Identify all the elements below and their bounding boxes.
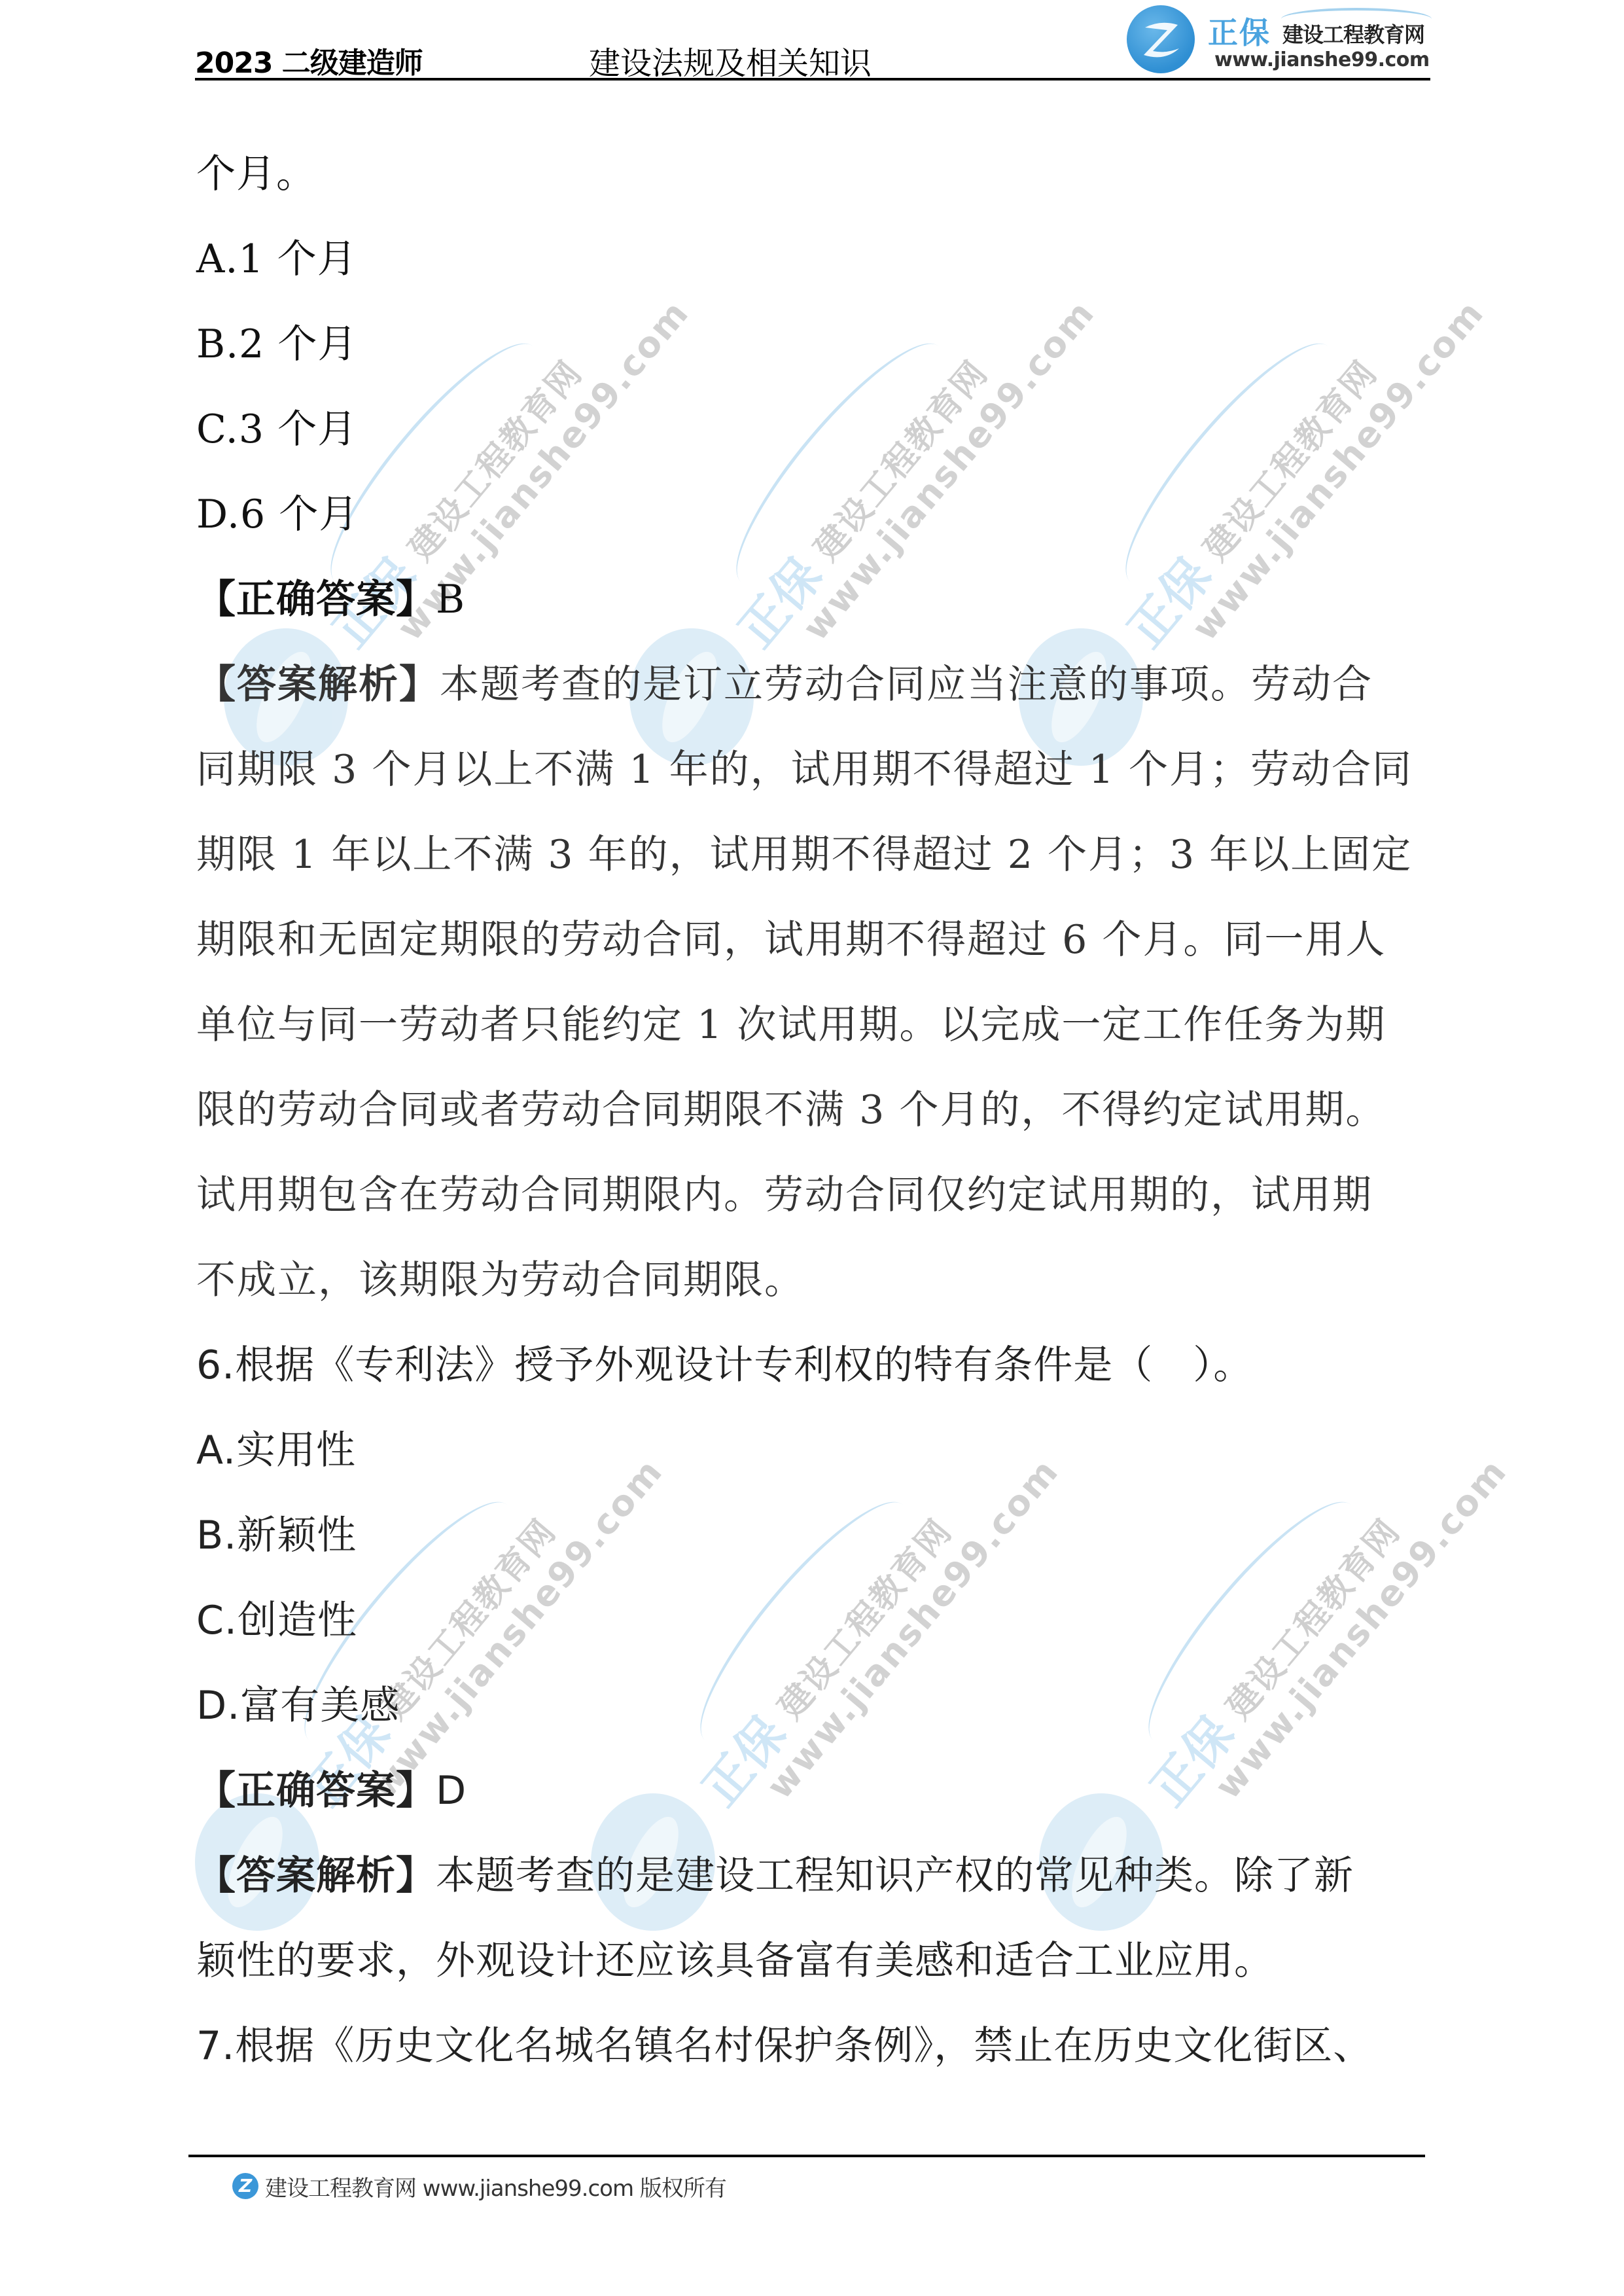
question-5-option-a: A.1 个月 xyxy=(196,228,1433,313)
header-divider xyxy=(195,78,1430,81)
question-5-option-c: C.3 个月 xyxy=(196,398,1433,483)
answer-label: 【正确答案】 xyxy=(196,577,436,622)
subject-title: 建设法规及相关知识 xyxy=(589,38,872,83)
exam-title: 2023 二级建造师 xyxy=(195,39,423,81)
zhengbao-z-logo-icon xyxy=(1127,5,1195,73)
question-5-explanation-line: 限的劳动合同或者劳动合同期限不满 3 个月的，不得约定试用期。 xyxy=(196,1079,1433,1164)
question-5-explanation-line: 【答案解析】本题考查的是订立劳动合同应当注意的事项。劳动合 xyxy=(196,653,1433,738)
question-6-explanation-line: 【答案解析】本题考查的是建设工程知识产权的常见种类。除了新 xyxy=(196,1844,1433,1929)
explanation-label: 【答案解析】 xyxy=(196,662,440,708)
document-body: 个月。 A.1 个月 B.2 个月 C.3 个月 D.6 个月 【正确答案】B … xyxy=(196,143,1433,2100)
explanation-label: 【答案解析】 xyxy=(196,1853,436,1899)
question-5-explanation-line: 期限和无固定期限的劳动合同，试用期不得超过 6 个月。同一用人 xyxy=(196,908,1433,994)
question-6-explanation-line: 颖性的要求，外观设计还应该具备富有美感和适合工业应用。 xyxy=(196,1929,1433,2015)
logo-name: 建设工程教育网 xyxy=(1282,18,1424,48)
question-6-option-a: A.实用性 xyxy=(196,1419,1433,1504)
question-5-explanation-line: 不成立，该期限为劳动合同期限。 xyxy=(196,1249,1433,1334)
question-7-stem: 7.根据《历史文化名城名镇名村保护条例》，禁止在历史文化街区、 xyxy=(196,2015,1433,2100)
logo-brand: 正保 xyxy=(1208,9,1271,52)
question-5-option-d: D.6 个月 xyxy=(196,483,1433,568)
logo-url: www.jianshe99.com xyxy=(1214,48,1430,71)
question-5-explanation-line: 期限 1 年以上不满 3 年的，试用期不得超过 2 个月；3 年以上固定 xyxy=(196,823,1433,908)
question-5-stem-tail: 个月。 xyxy=(196,143,1433,228)
answer-value: D xyxy=(436,1768,467,1814)
question-6-option-c: C.创造性 xyxy=(196,1589,1433,1674)
footer-text: 建设工程教育网 www.jianshe99.com 版权所有 xyxy=(265,2170,726,2202)
answer-label: 【正确答案】 xyxy=(196,1768,436,1814)
question-6-option-d: D.富有美感 xyxy=(196,1674,1433,1759)
question-5-option-b: B.2 个月 xyxy=(196,313,1433,398)
question-6-answer: 【正确答案】D xyxy=(196,1759,1433,1844)
explanation-text: 本题考查的是订立劳动合同应当注意的事项。劳动合 xyxy=(440,662,1373,708)
question-6-stem: 6.根据《专利法》授予外观设计专利权的特有条件是（ ）。 xyxy=(196,1334,1433,1419)
footer-divider xyxy=(188,2155,1425,2157)
footer-copyright: 建设工程教育网 www.jianshe99.com 版权所有 xyxy=(232,2172,726,2200)
question-5-answer: 【正确答案】B xyxy=(196,568,1433,653)
zhengbao-z-logo-icon xyxy=(232,2173,258,2199)
brand-logo: 正保 建设工程教育网 www.jianshe99.com xyxy=(1127,5,1434,76)
answer-value: B xyxy=(436,577,465,622)
question-5-explanation-line: 单位与同一劳动者只能约定 1 次试用期。以完成一定工作任务为期 xyxy=(196,994,1433,1079)
question-5-explanation-line: 同期限 3 个月以上不满 1 年的，试用期不得超过 1 个月；劳动合同 xyxy=(196,738,1433,823)
question-5-explanation-line: 试用期包含在劳动合同期限内。劳动合同仅约定试用期的，试用期 xyxy=(196,1164,1433,1249)
explanation-text: 本题考查的是建设工程知识产权的常见种类。除了新 xyxy=(436,1853,1354,1899)
question-6-option-b: B.新颖性 xyxy=(196,1504,1433,1589)
